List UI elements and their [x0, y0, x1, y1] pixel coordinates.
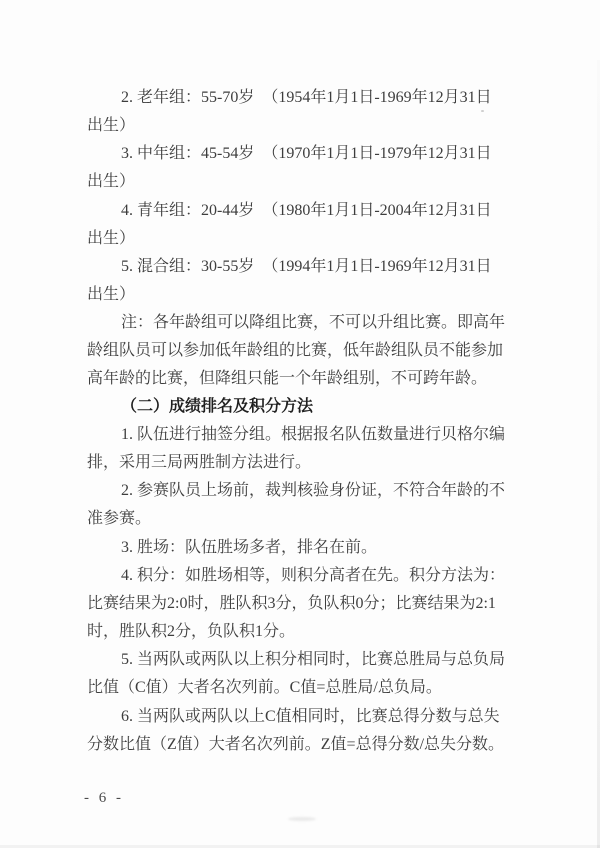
scan-speck: [481, 110, 484, 112]
text-line-wrap: 出生）: [87, 172, 135, 192]
text-line-note-wrap: 龄组队员可以参加低年龄组的比赛，低年龄组队员不能参加: [87, 341, 503, 361]
text-line-rule-1-wrap: 排，采用三局两胜制方法进行。: [87, 453, 311, 473]
text-line-rule-6: 6. 当两队或两队以上C值相同时，比赛总得分数与总失: [121, 707, 500, 727]
section-heading-ranking: （二）成绩排名及积分方法: [121, 397, 313, 417]
text-line-rule-6-wrap: 分数比值（Z值）大者名次列前。Z值=总得分数/总失分数。: [87, 735, 504, 755]
text-line-rule-5-wrap: 比值（C值）大者名次列前。C值=总胜局/总负局。: [87, 678, 442, 698]
text-line-age-group-youth: 4. 青年组：20-44岁 （1980年1月1日-2004年12月31日: [121, 201, 492, 221]
text-line-rule-4-wrap: 比赛结果为2:0时，胜队积3分，负队积0分；比赛结果为2:1: [87, 594, 496, 614]
text-line-age-group-mixed: 5. 混合组：30-55岁 （1994年1月1日-1969年12月31日: [121, 257, 492, 277]
text-line-rule-4-wrap: 时，胜队积2分，负队积1分。: [87, 622, 295, 642]
text-line-age-group-middle: 3. 中年组：45-54岁 （1970年1月1日-1979年12月31日: [121, 144, 492, 164]
scan-smudge: [288, 817, 316, 821]
text-line-rule-3: 3. 胜场：队伍胜场多者，排名在前。: [121, 538, 377, 558]
text-line-note-wrap: 高年龄的比赛，但降组只能一个年龄组别，不可跨年龄。: [87, 369, 487, 389]
text-line-rule-2: 2. 参赛队员上场前，裁判核验身份证，不符合年龄的不: [121, 481, 505, 501]
text-line-wrap: 出生）: [87, 285, 135, 305]
page-number: - 6 -: [84, 790, 124, 807]
text-line-wrap: 出生）: [87, 116, 135, 136]
text-line-rule-4: 4. 积分：如胜场相等，则积分高者在先。积分方法为：: [121, 566, 505, 586]
text-line-rule-1: 1. 队伍进行抽签分组。根据报名队伍数量进行贝格尔编: [121, 425, 505, 445]
text-line-note: 注：各年龄组可以降组比赛，不可以升组比赛。即高年: [121, 313, 505, 333]
text-line-rule-5: 5. 当两队或两队以上积分相同时，比赛总胜局与总负局: [121, 650, 505, 670]
text-line-wrap: 出生）: [87, 229, 135, 249]
text-line-age-group-senior: 2. 老年组：55-70岁 （1954年1月1日-1969年12月31日: [121, 88, 492, 108]
text-line-rule-2-wrap: 准参赛。: [87, 509, 151, 529]
document-page: 2. 老年组：55-70岁 （1954年1月1日-1969年12月31日 出生）…: [0, 0, 600, 848]
